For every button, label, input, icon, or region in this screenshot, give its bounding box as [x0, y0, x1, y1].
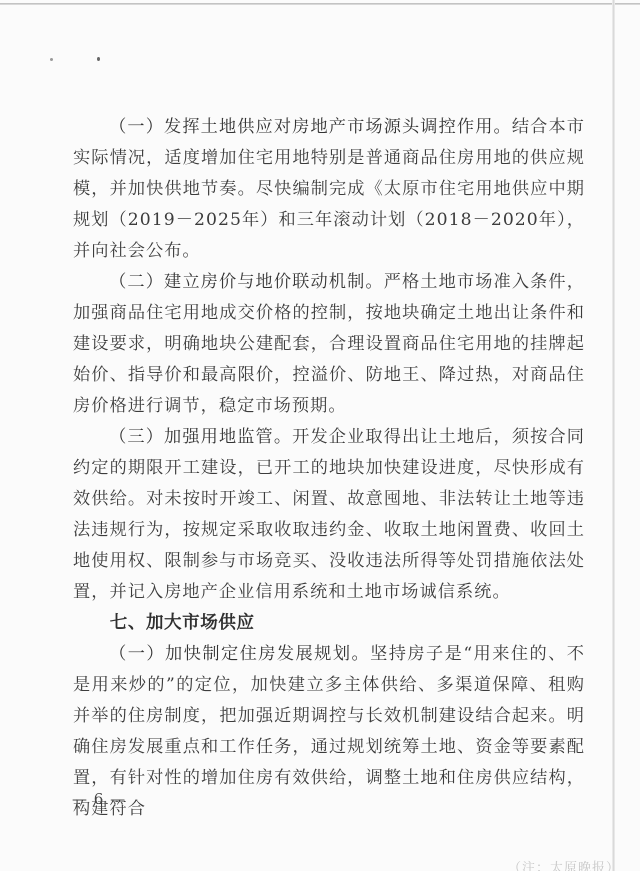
- paragraph-lead: （二）建立房价与地价联动机制。: [109, 272, 384, 292]
- paragraph-body: 结合本市实际情况，适度增加住宅用地特别是普通商品住房用地的供应规模，并加快供地节…: [73, 117, 585, 261]
- scan-top-edge: [0, 3, 640, 5]
- scan-speck: [50, 58, 53, 61]
- paragraph-lead: （三）加强用地监管。: [109, 427, 292, 447]
- watermark: （注：太原晚报）: [508, 857, 620, 871]
- section-heading: 七、加大市场供应: [73, 608, 585, 639]
- page-number: — 6 —: [72, 790, 126, 808]
- paragraph-land-supervision: （三）加强用地监管。开发企业取得出让土地后，须按合同约定的期限开工建设，已开工的…: [73, 422, 585, 608]
- document-page: （一）发挥土地供应对房地产市场源头调控作用。结合本市实际情况，适度增加住宅用地特…: [73, 112, 585, 825]
- paragraph-body: 开发企业取得出让土地后，须按合同约定的期限开工建设，已开工的地块加快建设进度，尽…: [73, 427, 585, 602]
- paragraph-land-supply: （一）发挥土地供应对房地产市场源头调控作用。结合本市实际情况，适度增加住宅用地特…: [73, 112, 585, 267]
- paragraph-lead: （一）加快制定住房发展规划。: [109, 644, 370, 664]
- paragraph-housing-plan: （一）加快制定住房发展规划。坚持房子是“用来住的、不是用来炒的”的定位，加快建立…: [73, 639, 585, 825]
- paragraph-body: 坚持房子是“用来住的、不是用来炒的”的定位，加快建立多主体供给、多渠道保障、租购…: [73, 644, 585, 819]
- paragraph-price-linkage: （二）建立房价与地价联动机制。严格土地市场准入条件，加强商品住宅用地成交价格的控…: [73, 267, 585, 422]
- scan-speck: [97, 57, 100, 61]
- paragraph-body: 严格土地市场准入条件，加强商品住宅用地成交价格的控制，按地块确定土地出让条件和建…: [73, 272, 585, 416]
- paragraph-lead: （一）发挥土地供应对房地产市场源头调控作用。: [109, 117, 512, 137]
- scan-fold-line: [612, 0, 615, 871]
